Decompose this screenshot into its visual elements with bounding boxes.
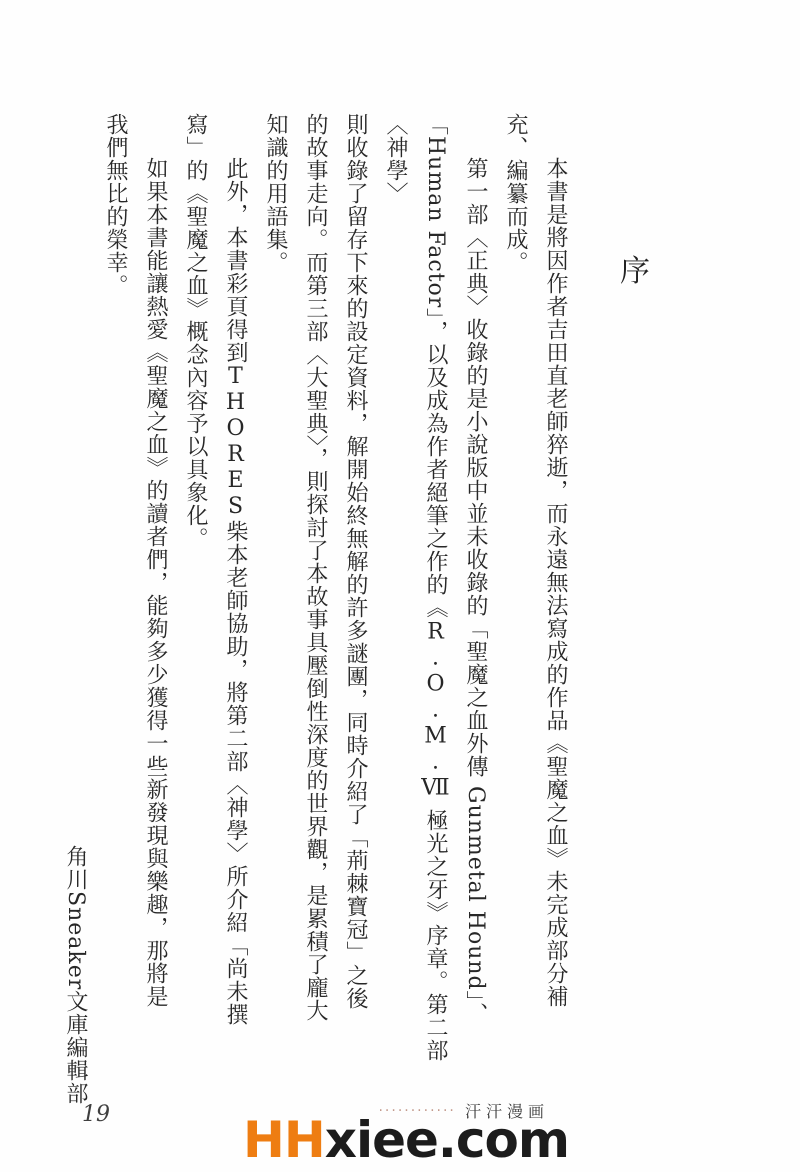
- text-column: 我們無比的榮幸。: [95, 113, 135, 1105]
- text-segment: 此外，本書彩頁得到: [223, 157, 248, 364]
- text-column: 寫」的《聖魔之血》概念內容予以具象化。: [175, 113, 215, 1105]
- text-segment: 則收錄了留存下來的設定資料，解開始終無解的許多謎團，同時介紹了「荊棘寶冠」之後: [343, 113, 368, 1010]
- text-column: 則收錄了留存下來的設定資料，解開始終無解的許多謎團，同時介紹了「荊棘寶冠」之後: [335, 113, 375, 1105]
- text-segment: THORES: [223, 364, 248, 520]
- scanned-book-page: 序 本書是將因作者吉田直老師猝逝，而永遠無法寫成的作品《聖魔之血》未完成部分補充…: [0, 0, 800, 1172]
- text-column: 「Human Factor」，以及成為作者絕筆之作的《R.O.M.Ⅶ 極光之牙》…: [375, 113, 455, 1105]
- text-segment: 第一部〈正典〉收錄的是小說版中並未收錄的「聖魔之血外傳 Gunmetal Hou…: [463, 157, 488, 1026]
- watermark-logo: HHxiee.com: [243, 1118, 563, 1163]
- signature-column: 角川Sneaker文庫編輯部: [55, 113, 95, 1105]
- watermark-logo-suffix: xiee.com: [325, 1111, 569, 1169]
- text-column: 第一部〈正典〉收錄的是小說版中並未收錄的「聖魔之血外傳 Gunmetal Hou…: [455, 113, 495, 1105]
- page-title: 序: [620, 246, 650, 290]
- text-segment: 充、編纂而成。: [503, 113, 528, 274]
- text-column: 充、編纂而成。: [495, 113, 535, 1105]
- text-segment: 知識的用語集。: [263, 113, 288, 274]
- text-segment: 「Human Factor」，以及成為作者絕筆之作的《: [423, 113, 448, 619]
- text-segment: 我們無比的榮幸。: [103, 113, 128, 297]
- text-column: 本書是將因作者吉田直老師猝逝，而永遠無法寫成的作品《聖魔之血》未完成部分補: [535, 113, 575, 1105]
- text-segment: 本書是將因作者吉田直老師猝逝，而永遠無法寫成的作品《聖魔之血》未完成部分補: [543, 157, 568, 1008]
- text-column: 如果本書能讓熱愛《聖魔之血》的讀者們，能夠多少獲得一些新發現與樂趣，那將是: [135, 113, 175, 1105]
- text-column: 知識的用語集。: [255, 113, 295, 1105]
- text-segment: 寫」的《聖魔之血》概念內容予以具象化。: [183, 113, 208, 550]
- text-column: 的故事走向。而第三部〈大聖典〉，則探討了本故事具壓倒性深度的世界觀，是累積了龐大: [295, 113, 335, 1105]
- text-segment: 柴本老師協助，將第二部〈神學〉所介紹「尚未撰: [223, 520, 248, 1026]
- text-column: 此外，本書彩頁得到THORES柴本老師協助，將第二部〈神學〉所介紹「尚未撰: [215, 113, 255, 1105]
- watermark-logo-prefix: HH: [243, 1111, 325, 1169]
- text-segment: 如果本書能讓熱愛《聖魔之血》的讀者們，能夠多少獲得一些新發現與樂趣，那將是: [143, 157, 168, 1008]
- text-segment: 角川Sneaker文庫編輯部: [63, 845, 88, 1105]
- preface-text-block: 本書是將因作者吉田直老師猝逝，而永遠無法寫成的作品《聖魔之血》未完成部分補充、編…: [55, 113, 575, 1105]
- page-number: 19: [82, 1102, 110, 1127]
- watermark: ············ 汗汗漫画 HHxiee.com: [243, 1100, 563, 1170]
- text-segment: R.O.M.Ⅶ: [423, 619, 448, 801]
- text-segment: 的故事走向。而第三部〈大聖典〉，則探討了本故事具壓倒性深度的世界觀，是累積了龐大: [303, 113, 328, 1022]
